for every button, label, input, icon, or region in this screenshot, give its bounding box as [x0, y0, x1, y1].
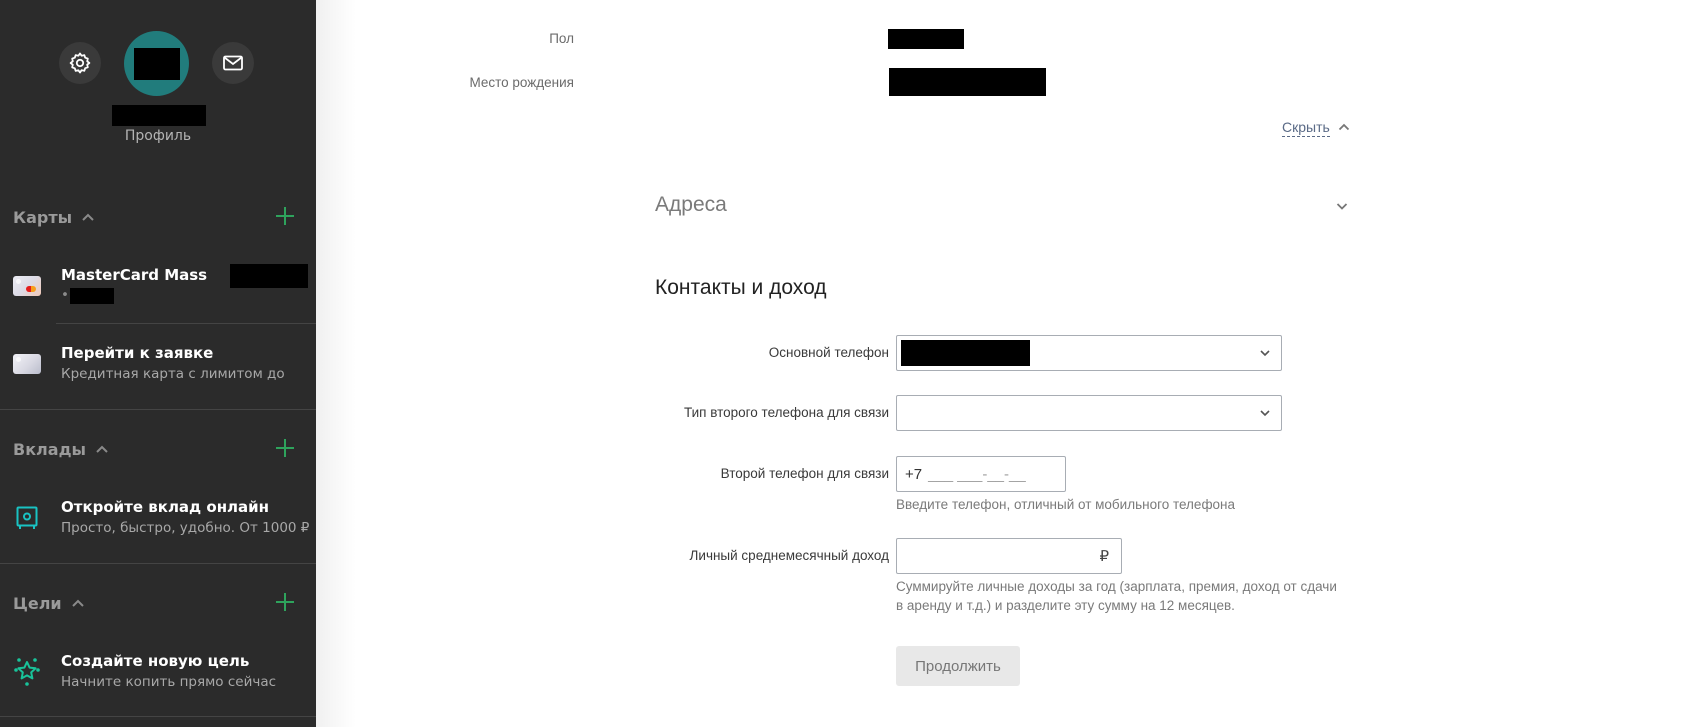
continue-button[interactable]: Продолжить	[896, 646, 1020, 686]
safe-icon	[16, 506, 38, 530]
section-goals-title: Цели	[13, 594, 62, 613]
avatar[interactable]	[124, 31, 189, 96]
divider	[0, 716, 316, 717]
gender-label: Пол	[549, 31, 574, 46]
credit-card-icon	[13, 354, 43, 374]
messages-button[interactable]	[212, 42, 254, 84]
deposit-title: Откройте вклад онлайн	[61, 498, 269, 516]
apply-subtitle: Кредитная карта с лимитом до	[61, 366, 285, 382]
sidebar: Профиль Карты MasterCard Mass •• Перейти…	[0, 0, 316, 727]
second-phone-prefix: +7	[897, 466, 922, 483]
section-deposits-title: Вклады	[13, 440, 86, 459]
chevron-up-icon[interactable]	[1338, 122, 1350, 132]
gender-value-redacted	[888, 29, 964, 49]
avatar-initials-redacted	[134, 48, 180, 80]
chevron-down-icon[interactable]	[1336, 201, 1348, 211]
chevron-down-icon	[1259, 409, 1271, 417]
chevron-down-icon	[1259, 349, 1271, 357]
main-content: Пол Место рождения Скрыть Адреса Контакт…	[316, 0, 1691, 727]
mail-icon	[221, 51, 245, 75]
ruble-icon: ₽	[1099, 547, 1109, 565]
star-icon	[12, 656, 42, 686]
deposit-subtitle: Просто, быстро, удобно. От 1000 ₽	[61, 520, 309, 536]
second-phone-type-select[interactable]	[896, 395, 1282, 431]
card-number-redacted	[70, 288, 114, 304]
goal-title: Создайте новую цель	[61, 652, 249, 670]
card-balance-redacted	[230, 264, 308, 288]
second-phone-label: Второй телефон для связи	[721, 466, 889, 481]
card-title: MasterCard Mass	[61, 266, 207, 284]
contacts-section-title: Контакты и доход	[655, 276, 827, 300]
divider	[0, 409, 316, 410]
second-phone-mask: ___ ___-__-__	[922, 466, 1026, 483]
deposit-item-open[interactable]: Откройте вклад онлайн Просто, быстро, уд…	[0, 494, 316, 554]
birthplace-label: Место рождения	[469, 75, 574, 90]
chevron-up-icon	[82, 213, 94, 221]
second-phone-input[interactable]: +7 ___ ___-__-__	[896, 456, 1066, 492]
settings-button[interactable]	[59, 42, 101, 84]
profile-label[interactable]: Профиль	[0, 128, 316, 144]
card-item-apply[interactable]: Перейти к заявке Кредитная карта с лимит…	[0, 340, 316, 400]
section-cards-title: Карты	[13, 208, 72, 227]
hide-link[interactable]: Скрыть	[1282, 119, 1330, 137]
addresses-section-title[interactable]: Адреса	[655, 193, 727, 217]
plus-icon[interactable]	[274, 437, 296, 459]
section-goals-header[interactable]: Цели	[13, 591, 296, 615]
plus-icon[interactable]	[274, 591, 296, 613]
card-item-mastercard[interactable]: MasterCard Mass ••	[0, 262, 316, 322]
second-phone-type-label: Тип второго телефона для связи	[684, 405, 889, 420]
income-label: Личный среднемесячный доход	[690, 548, 889, 563]
chevron-up-icon	[96, 445, 108, 453]
income-input[interactable]: ₽	[896, 538, 1122, 574]
apply-title: Перейти к заявке	[61, 344, 213, 362]
section-deposits-header[interactable]: Вклады	[13, 437, 296, 461]
plus-icon[interactable]	[274, 205, 296, 227]
birthplace-value-redacted	[889, 68, 1046, 96]
income-hint-line1: Суммируйте личные доходы за год (зарплат…	[896, 577, 1337, 596]
divider	[56, 323, 316, 324]
chevron-up-icon	[72, 599, 84, 607]
divider	[0, 563, 316, 564]
income-hint-line2: в аренду и т.д.) и разделите эту сумму н…	[896, 596, 1235, 615]
section-cards-header[interactable]: Карты	[13, 205, 296, 229]
main-phone-label: Основной телефон	[769, 345, 889, 360]
main-phone-select[interactable]	[896, 335, 1282, 371]
main-phone-value-redacted	[901, 340, 1030, 366]
goal-subtitle: Начните копить прямо сейчас	[61, 674, 276, 690]
credit-card-icon	[13, 276, 43, 296]
second-phone-hint: Введите телефон, отличный от мобильного …	[896, 495, 1235, 514]
goal-item-create[interactable]: Создайте новую цель Начните копить прямо…	[0, 648, 316, 708]
gear-icon	[68, 51, 92, 75]
profile-name-redacted	[112, 105, 206, 126]
